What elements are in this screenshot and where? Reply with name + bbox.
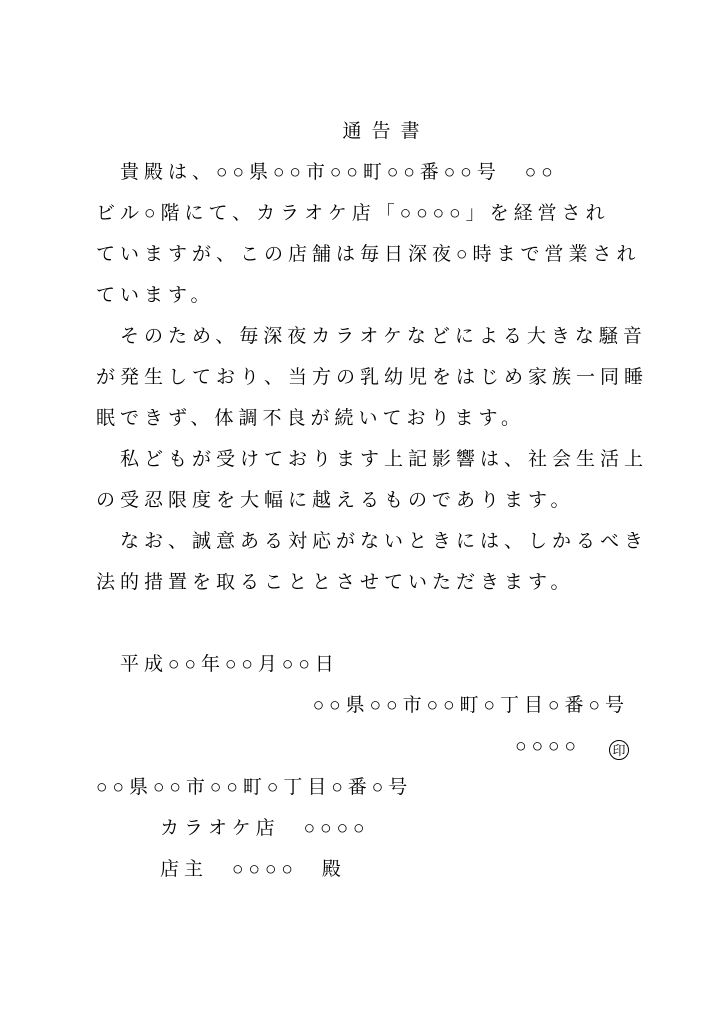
body-line: 法的措置を取ることとさせていただきます。 xyxy=(96,562,676,603)
body-line: ていますが、この店舗は毎日深夜○時まで営業され xyxy=(96,234,676,275)
sender-address: ○○県○○市○○町○丁目○番○号 xyxy=(313,695,629,716)
sender-name-line: ○○○○印 xyxy=(96,726,676,767)
body-line: 私どもが受けております上記影響は、社会生活上 xyxy=(96,439,676,480)
body-line: そのため、毎深夜カラオケなどによる大きな騒音 xyxy=(96,316,676,357)
document-page: 通告書 貴殿は、○○県○○市○○町○○番○○号 ○○ ビル○階にて、カラオケ店「… xyxy=(0,0,722,1018)
recipient-shop-line: カラオケ店 ○○○○ xyxy=(96,808,676,849)
seal-stamp-icon: 印 xyxy=(609,740,629,760)
date-line: 平成○○年○○月○○日 xyxy=(96,644,676,685)
sender-name: ○○○○ xyxy=(515,736,581,757)
sender-address-line: ○○県○○市○○町○丁目○番○号 xyxy=(96,685,676,726)
recipient-owner-line: 店主 ○○○○ 殿 xyxy=(96,849,676,890)
body-line: 眠できず、体調不良が続いております。 xyxy=(96,398,676,439)
body-line: ています。 xyxy=(96,275,676,316)
body-line: の受忍限度を大幅に越えるものであります。 xyxy=(96,480,676,521)
body-line: ビル○階にて、カラオケ店「○○○○」を経営され xyxy=(96,193,676,234)
body-line: なお、誠意ある対応がないときには、しかるべき xyxy=(96,521,676,562)
body-line: 貴殿は、○○県○○市○○町○○番○○号 ○○ xyxy=(96,152,676,193)
blank-line xyxy=(96,603,676,644)
body-line: が発生しており、当方の乳幼児をはじめ家族一同睡 xyxy=(96,357,676,398)
doc-title: 通告書 xyxy=(96,111,676,152)
recipient-address-line: ○○県○○市○○町○丁目○番○号 xyxy=(96,767,676,808)
